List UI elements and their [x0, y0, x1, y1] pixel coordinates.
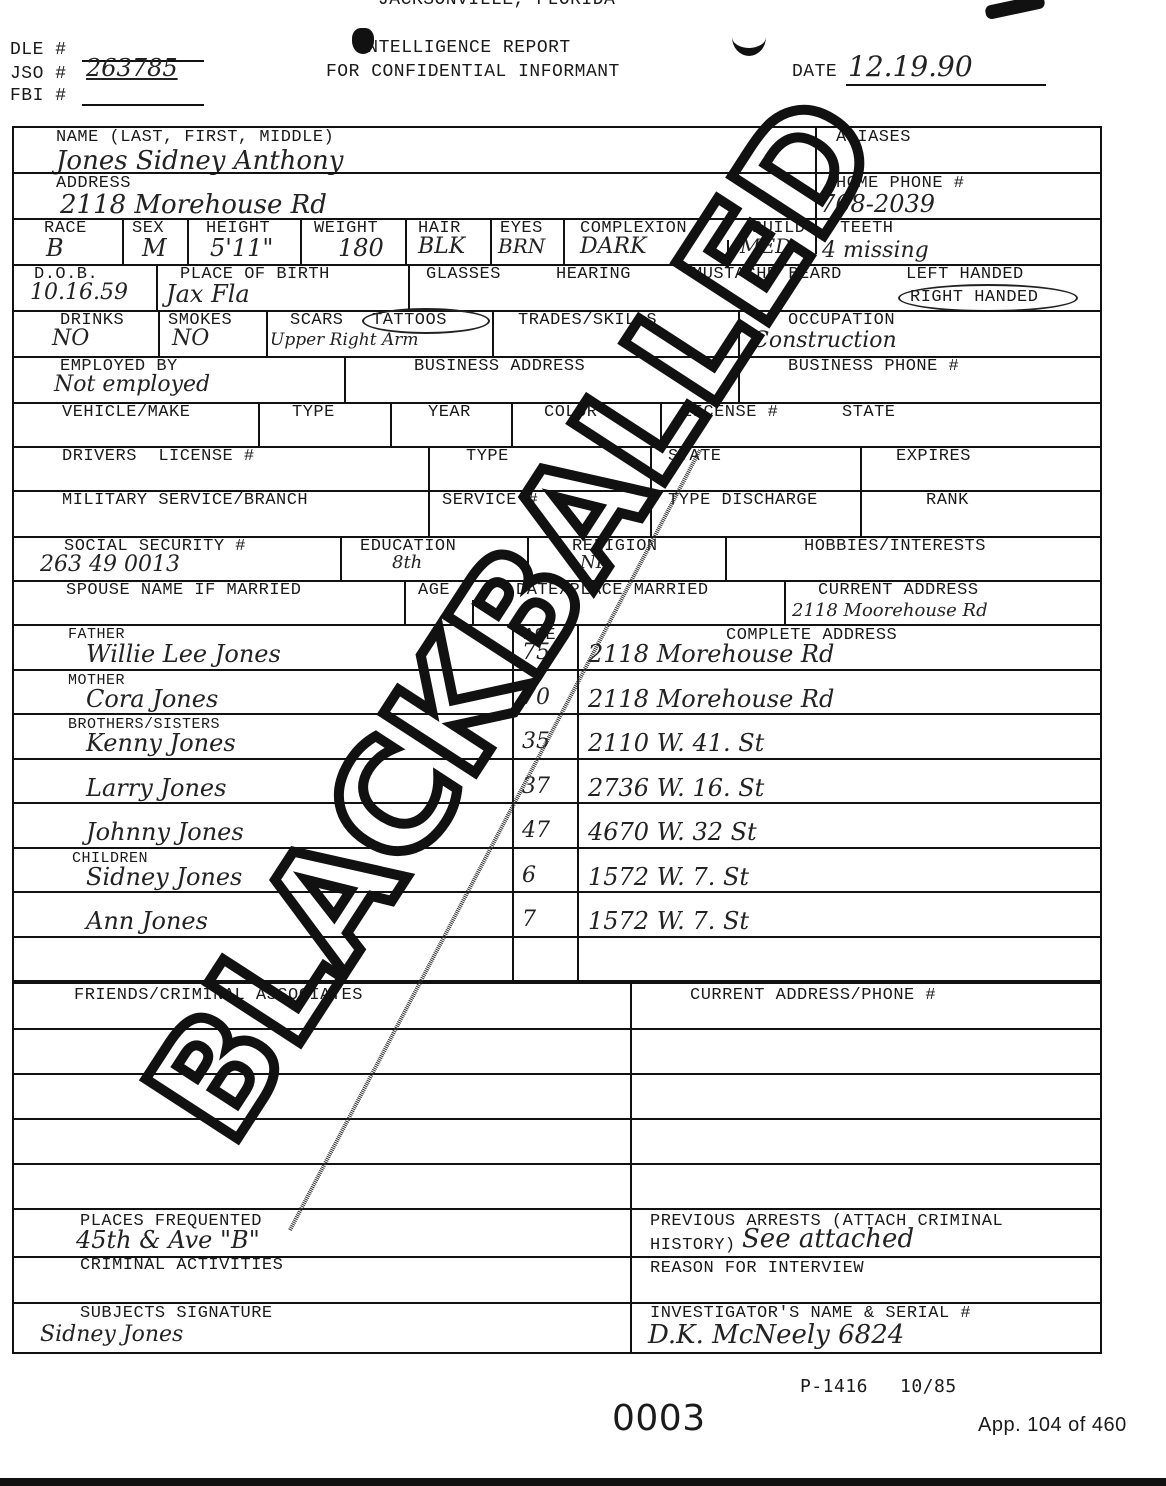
education-value[interactable]: 8th [392, 552, 422, 573]
subjects-signature-value[interactable]: Sidney Jones [40, 1322, 183, 1347]
col-rule [122, 218, 124, 264]
race-value[interactable]: B [46, 234, 64, 262]
col-rule [340, 536, 342, 580]
previous-arrests-label-2: HISTORY) [650, 1236, 736, 1255]
row-rule [12, 802, 1102, 804]
form-code: P-1416 [800, 1376, 868, 1397]
dle-label: DLE # [10, 40, 67, 60]
spouse-name-label: SPOUSE NAME IF MARRIED [66, 581, 301, 600]
col-rule [405, 218, 407, 264]
spouse-current-address-label: CURRENT ADDRESS [818, 581, 979, 600]
redaction-mark [352, 28, 374, 54]
row-rule [12, 1352, 1102, 1354]
family-member-age[interactable]: 75 [522, 640, 550, 665]
col-rule [300, 218, 302, 264]
investigator-value[interactable]: D.K. McNeely 6824 [648, 1320, 904, 1350]
complexion-value[interactable]: DARK [580, 234, 647, 259]
family-member-age[interactable]: 47 [522, 818, 550, 843]
drinks-value[interactable]: NO [52, 326, 89, 351]
col-rule [630, 982, 632, 1354]
family-member-address[interactable]: 2110 W. 41. St [588, 729, 764, 757]
row-rule [12, 1208, 1102, 1210]
hair-value[interactable]: BLK [418, 234, 465, 259]
address-value[interactable]: 2118 Morehouse Rd [60, 190, 327, 220]
scars-label: SCARS [290, 311, 344, 330]
redaction-mark [732, 18, 766, 56]
col-rule [511, 402, 513, 446]
col-rule [492, 310, 494, 356]
col-rule [187, 218, 189, 264]
subjects-signature-label: SUBJECTS SIGNATURE [80, 1304, 273, 1323]
table-row[interactable] [12, 1118, 1102, 1120]
build-value[interactable]: MED [740, 234, 791, 258]
table-row[interactable] [12, 1028, 1102, 1030]
family-member-name[interactable]: Larry Jones [86, 774, 226, 802]
date-value[interactable]: 12.19.90 [848, 50, 973, 83]
family-member-name[interactable]: Cora Jones [86, 685, 218, 713]
type-discharge-label: TYPE DISCHARGE [668, 491, 818, 510]
col-rule [258, 402, 260, 446]
previous-arrests-value[interactable]: See attached [742, 1224, 914, 1254]
service-number-label: SERVICE # [442, 491, 538, 510]
eyes-value[interactable]: BRN [498, 234, 545, 258]
teeth-label: TEETH [840, 219, 894, 238]
dl-expires-label: EXPIRES [896, 447, 971, 466]
date-label: DATE [792, 62, 837, 82]
row-rule [12, 758, 1102, 760]
vehicle-year-label: YEAR [428, 403, 471, 422]
row-rule [12, 982, 1102, 984]
family-member-age[interactable]: 70 [522, 685, 550, 710]
aliases-label: ALIASES [836, 128, 911, 147]
jso-label: JSO # [10, 64, 67, 84]
col-rule [156, 264, 158, 310]
page-reference: App. 104 of 460 [978, 1414, 1127, 1437]
row-rule [12, 624, 1102, 626]
employed-by-value[interactable]: Not employed [54, 372, 210, 397]
vehicle-state-label: STATE [842, 403, 896, 422]
vehicle-make-label: VEHICLE/MAKE [62, 403, 190, 422]
row-rule [12, 713, 1102, 715]
bates-stamp: 0003 [612, 1398, 706, 1439]
spouse-current-address-value[interactable]: 2118 Moorehouse Rd [792, 600, 988, 621]
col-rule [158, 310, 160, 356]
table-row[interactable] [12, 1073, 1102, 1075]
places-frequented-value[interactable]: 45th & Ave "B" [76, 1226, 260, 1254]
date-underline [846, 84, 1046, 86]
family-member-name[interactable]: Kenny Jones [86, 729, 236, 757]
family-member-address[interactable]: 2118 Morehouse Rd [588, 640, 834, 668]
row-rule [12, 936, 1102, 938]
smokes-value[interactable]: NO [172, 326, 209, 351]
col-rule [727, 240, 729, 264]
weight-value[interactable]: 180 [338, 234, 384, 262]
col-rule [725, 536, 727, 580]
glasses-label: GLASSES [426, 265, 501, 284]
col-rule [784, 580, 786, 624]
dl-type-label: TYPE [466, 447, 509, 466]
height-value[interactable]: 5'11" [210, 234, 273, 262]
reason-for-interview-label: REASON FOR INTERVIEW [650, 1259, 864, 1278]
right-handed-circle [898, 284, 1078, 312]
col-rule [266, 310, 268, 356]
trades-skills-label: TRADES/SKILLS [518, 311, 657, 330]
family-member-address[interactable]: 2736 W. 16. St [588, 774, 764, 802]
vehicle-color-label: COLOR [544, 403, 598, 422]
redaction-mark [984, 0, 1046, 20]
page-bottom-bar [0, 1478, 1166, 1486]
family-member-age[interactable]: 37 [522, 774, 550, 799]
col-rule [404, 580, 406, 624]
mustache-beard-label: MUSTACHE BEARD [692, 265, 842, 284]
vehicle-license-label: LICENSE # [682, 403, 778, 422]
family-member-name[interactable]: Willie Lee Jones [86, 640, 281, 668]
form-date: 10/85 [900, 1376, 957, 1397]
dl-state-label: STATE [668, 447, 722, 466]
col-rule [344, 356, 346, 402]
place-of-birth-value[interactable]: Jax Fla [166, 280, 250, 308]
vehicle-type-label: TYPE [292, 403, 335, 422]
business-phone-label: BUSINESS PHONE # [788, 357, 959, 376]
col-rule [490, 218, 492, 264]
sex-value[interactable]: M [142, 234, 167, 262]
family-member-name[interactable]: Sidney Jones [86, 863, 242, 891]
col-rule [527, 536, 529, 580]
family-member-address[interactable]: 1572 W. 7. St [588, 907, 749, 935]
drivers-license-label: DRIVERS LICENSE # [62, 447, 255, 466]
col-rule [408, 264, 410, 310]
jso-value[interactable]: 263785 [86, 54, 178, 82]
home-phone-value[interactable]: 768-2039 [820, 190, 935, 218]
family-member-name[interactable]: Ann Jones [86, 907, 208, 935]
fbi-label: FBI # [10, 86, 67, 106]
associates-header: FRIENDS/CRIMINAL ASSOCIATES [74, 986, 363, 1005]
row-rule [12, 218, 1102, 220]
military-branch-label: MILITARY SERVICE/BRANCH [62, 491, 308, 510]
col-rule [660, 402, 662, 446]
row-rule [12, 847, 1102, 849]
occupation-value[interactable]: Construction [752, 328, 897, 353]
teeth-value[interactable]: 4 missing [822, 238, 929, 263]
family-member-age[interactable]: 6 [522, 863, 536, 888]
hearing-label: HEARING [556, 265, 631, 284]
spouse-age-label: AGE [418, 581, 450, 600]
table-row[interactable] [12, 1163, 1102, 1165]
dob-value[interactable]: 10.16.59 [30, 280, 128, 305]
fbi-field[interactable] [82, 104, 204, 106]
religion-value[interactable]: NP [580, 552, 608, 573]
col-rule [390, 402, 392, 446]
col-rule [815, 126, 817, 254]
name-label: NAME (LAST, FIRST, MIDDLE) [56, 128, 334, 147]
hobbies-label: HOBBIES/INTERESTS [804, 537, 986, 556]
family-member-age[interactable]: 35 [522, 729, 550, 754]
left-handed-label[interactable]: LEFT HANDED [906, 265, 1024, 284]
family-member-age[interactable]: 7 [522, 907, 536, 932]
col-rule [563, 218, 565, 264]
report-subtitle: FOR CONFIDENTIAL INFORMANT [326, 62, 620, 82]
business-address-label: BUSINESS ADDRESS [414, 357, 585, 376]
rank-label: RANK [926, 491, 969, 510]
row-rule [12, 669, 1102, 671]
col-rule [472, 600, 474, 624]
scars-tattoos-value[interactable]: Upper Right Arm [270, 330, 419, 350]
family-member-address[interactable]: 1572 W. 7. St [588, 863, 749, 891]
ssn-value[interactable]: 263 49 0013 [40, 552, 180, 577]
family-member-name[interactable]: Johnny Jones [86, 818, 244, 846]
row-rule [12, 891, 1102, 893]
family-member-address[interactable]: 2118 Morehouse Rd [588, 685, 834, 713]
criminal-activities-label: CRIMINAL ACTIVITIES [80, 1256, 283, 1275]
family-member-address[interactable]: 4670 W. 32 St [588, 818, 757, 846]
city-line: JACKSONVILLE, FLORIDA [378, 0, 615, 10]
report-title: INTELLIGENCE REPORT [356, 38, 571, 58]
associates-address-header: CURRENT ADDRESS/PHONE # [690, 986, 936, 1005]
date-place-married-label: DATE/PLACE MARRIED [516, 581, 709, 600]
